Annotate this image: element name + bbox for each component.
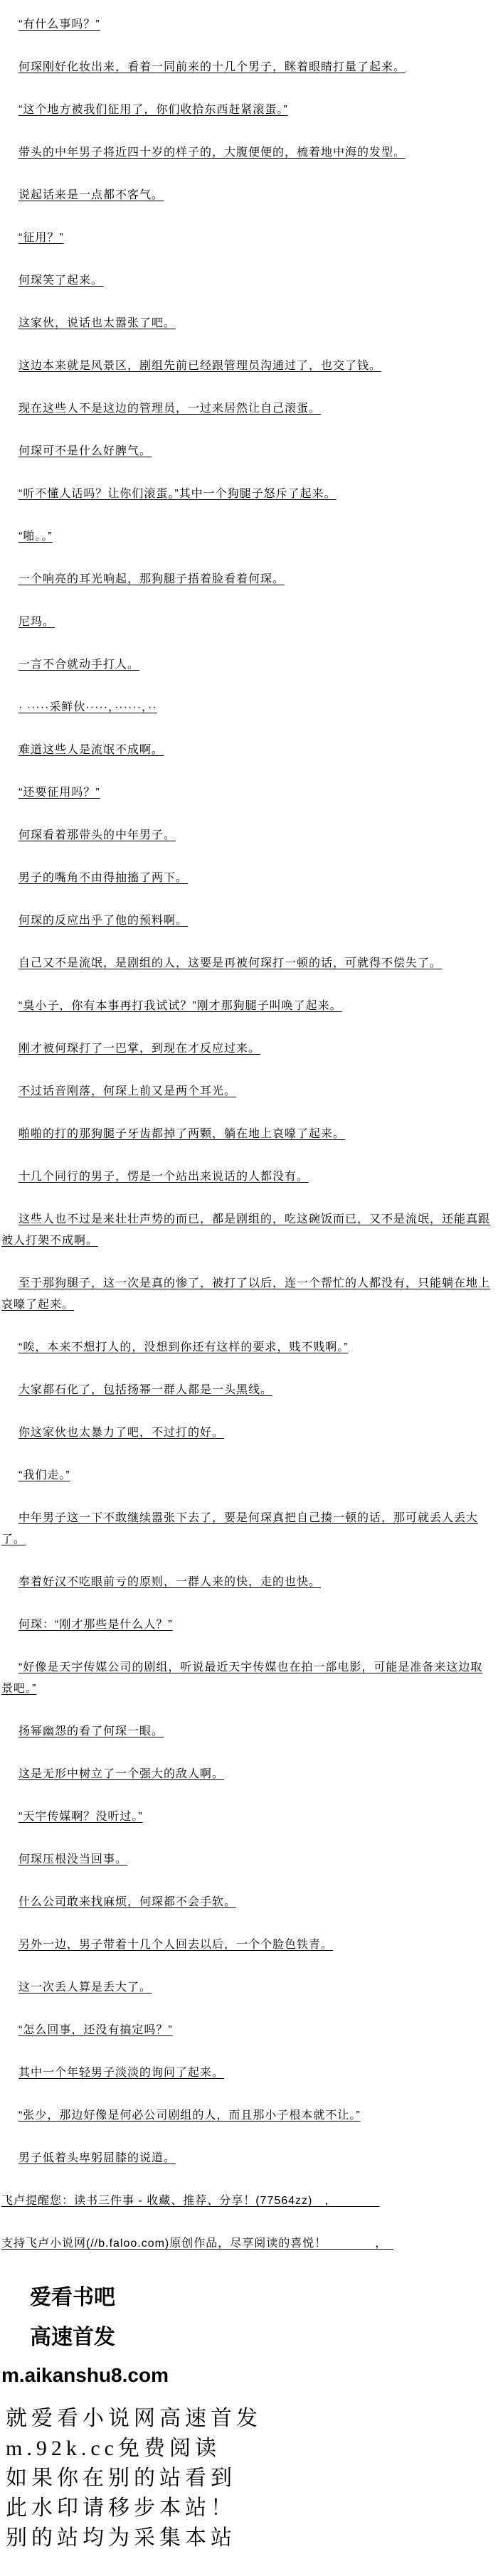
novel-paragraph: “征用？” (1, 228, 494, 249)
novel-paragraph: 十几个同行的男子，愣是一个站出来说话的人都没有。 (1, 1166, 494, 1188)
novel-paragraph: 何琛压根没当回事。 (1, 1849, 494, 1870)
novel-paragraph: 带头的中年男子将近四十岁的样子的，大腹便便的，梳着地中海的发型。 (1, 142, 494, 164)
novel-paragraph: 刚才被何琛打了一巴掌，到现在才反应过来。 (1, 1038, 494, 1060)
novel-paragraph: 其中一个年轻男子淡淡的询问了起来。 (1, 2063, 494, 2084)
novel-paragraph: 大家都石化了，包括扬幂一群人都是一头黑线。 (1, 1380, 494, 1401)
novel-reader-page: “有什么事吗？”何琛刚好化妆出来，看着一同前来的十几个男子，眯着眼睛打量了起来。… (0, 0, 498, 2553)
site-tagline: 高速首发 (30, 2318, 498, 2358)
novel-text-body: “有什么事吗？”何琛刚好化妆出来，看着一同前来的十几个男子，眯着眼睛打量了起来。… (0, 0, 495, 2255)
novel-paragraph: “张少，那边好像是何必公司剧组的人，而且那小子根本就不让。” (1, 2105, 494, 2127)
novel-paragraph: “啪。。” (1, 526, 494, 548)
novel-paragraph: “有什么事吗？” (1, 14, 494, 36)
novel-paragraph: 中年男子这一下不敢继续嚣张下去了，要是何琛真把自己揍一顿的话，那可就丢人丢大了。 (1, 1508, 494, 1550)
novel-paragraph: 不过话音刚落，何琛上前又是两个耳光。 (1, 1081, 494, 1102)
watermark-line: 别的站均为采集本站 (6, 2523, 498, 2553)
novel-paragraph: 一个响亮的耳光响起，那狗腿子捂着脸看着何琛。 (1, 569, 494, 590)
novel-paragraph: “臭小子，你有本事再打我试试？”刚才那狗腿子叫唤了起来。 (1, 996, 494, 1017)
novel-paragraph: 何琛刚好化妆出来，看着一同前来的十几个男子，眯着眼睛打量了起来。 (1, 57, 494, 78)
watermark-line: 此水印请移步本站！ (6, 2493, 498, 2523)
novel-paragraph: 一言不合就动手打人。 (1, 654, 494, 676)
site-brand-block: 爱看书吧 高速首发 (0, 2278, 498, 2358)
novel-paragraph: 何琛可不是什么好脾气。 (1, 441, 494, 462)
novel-paragraph: 至于那狗腿子，这一次是真的惨了，被打了以后，连一个帮忙的人都没有，只能躺在地上哀… (1, 1273, 494, 1316)
novel-paragraph: 何琛看着那带头的中年男子。 (1, 825, 494, 846)
novel-paragraph: “天宇传媒啊？没听过。” (1, 1806, 494, 1828)
novel-paragraph: 扬幂幽怨的看了何琛一眼。 (1, 1721, 494, 1742)
novel-paragraph: “唉，本来不想打人的，没想到你还有这样的要求，贱不贱啊。” (1, 1337, 494, 1358)
novel-paragraph: “好像是天宇传媒公司的剧组，听说最近天宇传媒也在拍一部电影，可能是准备来这边取景… (1, 1657, 494, 1700)
novel-paragraph: 你这家伙也太暴力了吧，不过打的好。 (1, 1422, 494, 1444)
novel-paragraph: “我们走。” (1, 1465, 494, 1486)
novel-paragraph: 尼玛。 (1, 612, 494, 633)
novel-paragraph: 自己又不是流氓，是剧组的人，这要是再被何琛打一顿的话，可就得不偿失了。 (1, 953, 494, 974)
novel-paragraph: 奉着好汉不吃眼前亏的原则，一群人来的快，走的也快。 (1, 1572, 494, 1593)
novel-paragraph: 男子低着头卑躬屈膝的说道。 (1, 2148, 494, 2169)
watermark-block: 就爱看小说网高速首发m.92k.cc免费阅读如果你在别的站看到此水印请移步本站！… (0, 2404, 498, 2553)
novel-paragraph: 啪啪的打的那狗腿子牙齿都掉了两颗，躺在地上哀嚎了起来。 (1, 1124, 494, 1145)
novel-paragraph: 何琛的反应出乎了他的预料啊。 (1, 910, 494, 932)
watermark-line: m.92k.cc免费阅读 (6, 2434, 498, 2464)
novel-paragraph: 飞卢提醒您：读书三件事 - 收藏、推荐、分享！(77564zz) ， (1, 2191, 494, 2212)
novel-paragraph: “听不懂人话吗？让你们滚蛋。”其中一个狗腿子怒斥了起来。 (1, 484, 494, 505)
novel-paragraph: 何琛笑了起来。 (1, 270, 494, 292)
site-url: m.aikanshu8.com (0, 2358, 498, 2393)
novel-paragraph: 难道这些人是流氓不成啊。 (1, 740, 494, 761)
novel-paragraph: 支持飞卢小说网(//b.faloo.com)原创作品，尽享阅读的喜悦！ ， (1, 2233, 494, 2255)
novel-paragraph: 另外一边，男子带着十几个人回去以后，一个个脸色铁青。 (1, 1934, 494, 1956)
novel-paragraph: 这些人也不过是来壮壮声势的而已，都是剧组的，吃这碗饭而已，又不是流氓，还能真跟被… (1, 1209, 494, 1252)
site-name: 爱看书吧 (30, 2278, 498, 2318)
novel-paragraph: 这是无形中树立了一个强大的敌人啊。 (1, 1764, 494, 1785)
watermark-line: 如果你在别的站看到 (6, 2464, 498, 2493)
novel-paragraph: 说起话来是一点都不客气。 (1, 185, 494, 206)
novel-paragraph: 这家伙，说话也太嚣张了吧。 (1, 313, 494, 334)
watermark-line: 就爱看小说网高速首发 (6, 2404, 498, 2434)
novel-paragraph: 这边本来就是风景区，剧组先前已经跟管理员沟通过了，也交了钱。 (1, 356, 494, 377)
novel-paragraph: 男子的嘴角不由得抽搐了两下。 (1, 868, 494, 889)
novel-paragraph: 何琛：“刚才那些是什么人？” (1, 1614, 494, 1636)
novel-paragraph: “这个地方被我们征用了，你们收拾东西赶紧滚蛋。” (1, 100, 494, 121)
novel-paragraph: “还要征用吗？” (1, 782, 494, 804)
novel-paragraph: 这一次丢人算是丢大了。 (1, 1977, 494, 1998)
novel-paragraph: 什么公司敢来找麻烦，何琛都不会手软。 (1, 1892, 494, 1913)
novel-paragraph: 现在这些人不是这边的管理员，一过来居然让自己滚蛋。 (1, 398, 494, 420)
novel-paragraph: “怎么回事，还没有搞定吗？” (1, 2020, 494, 2041)
novel-paragraph: · ·····采鲜伙·····，······，·· (1, 697, 494, 718)
